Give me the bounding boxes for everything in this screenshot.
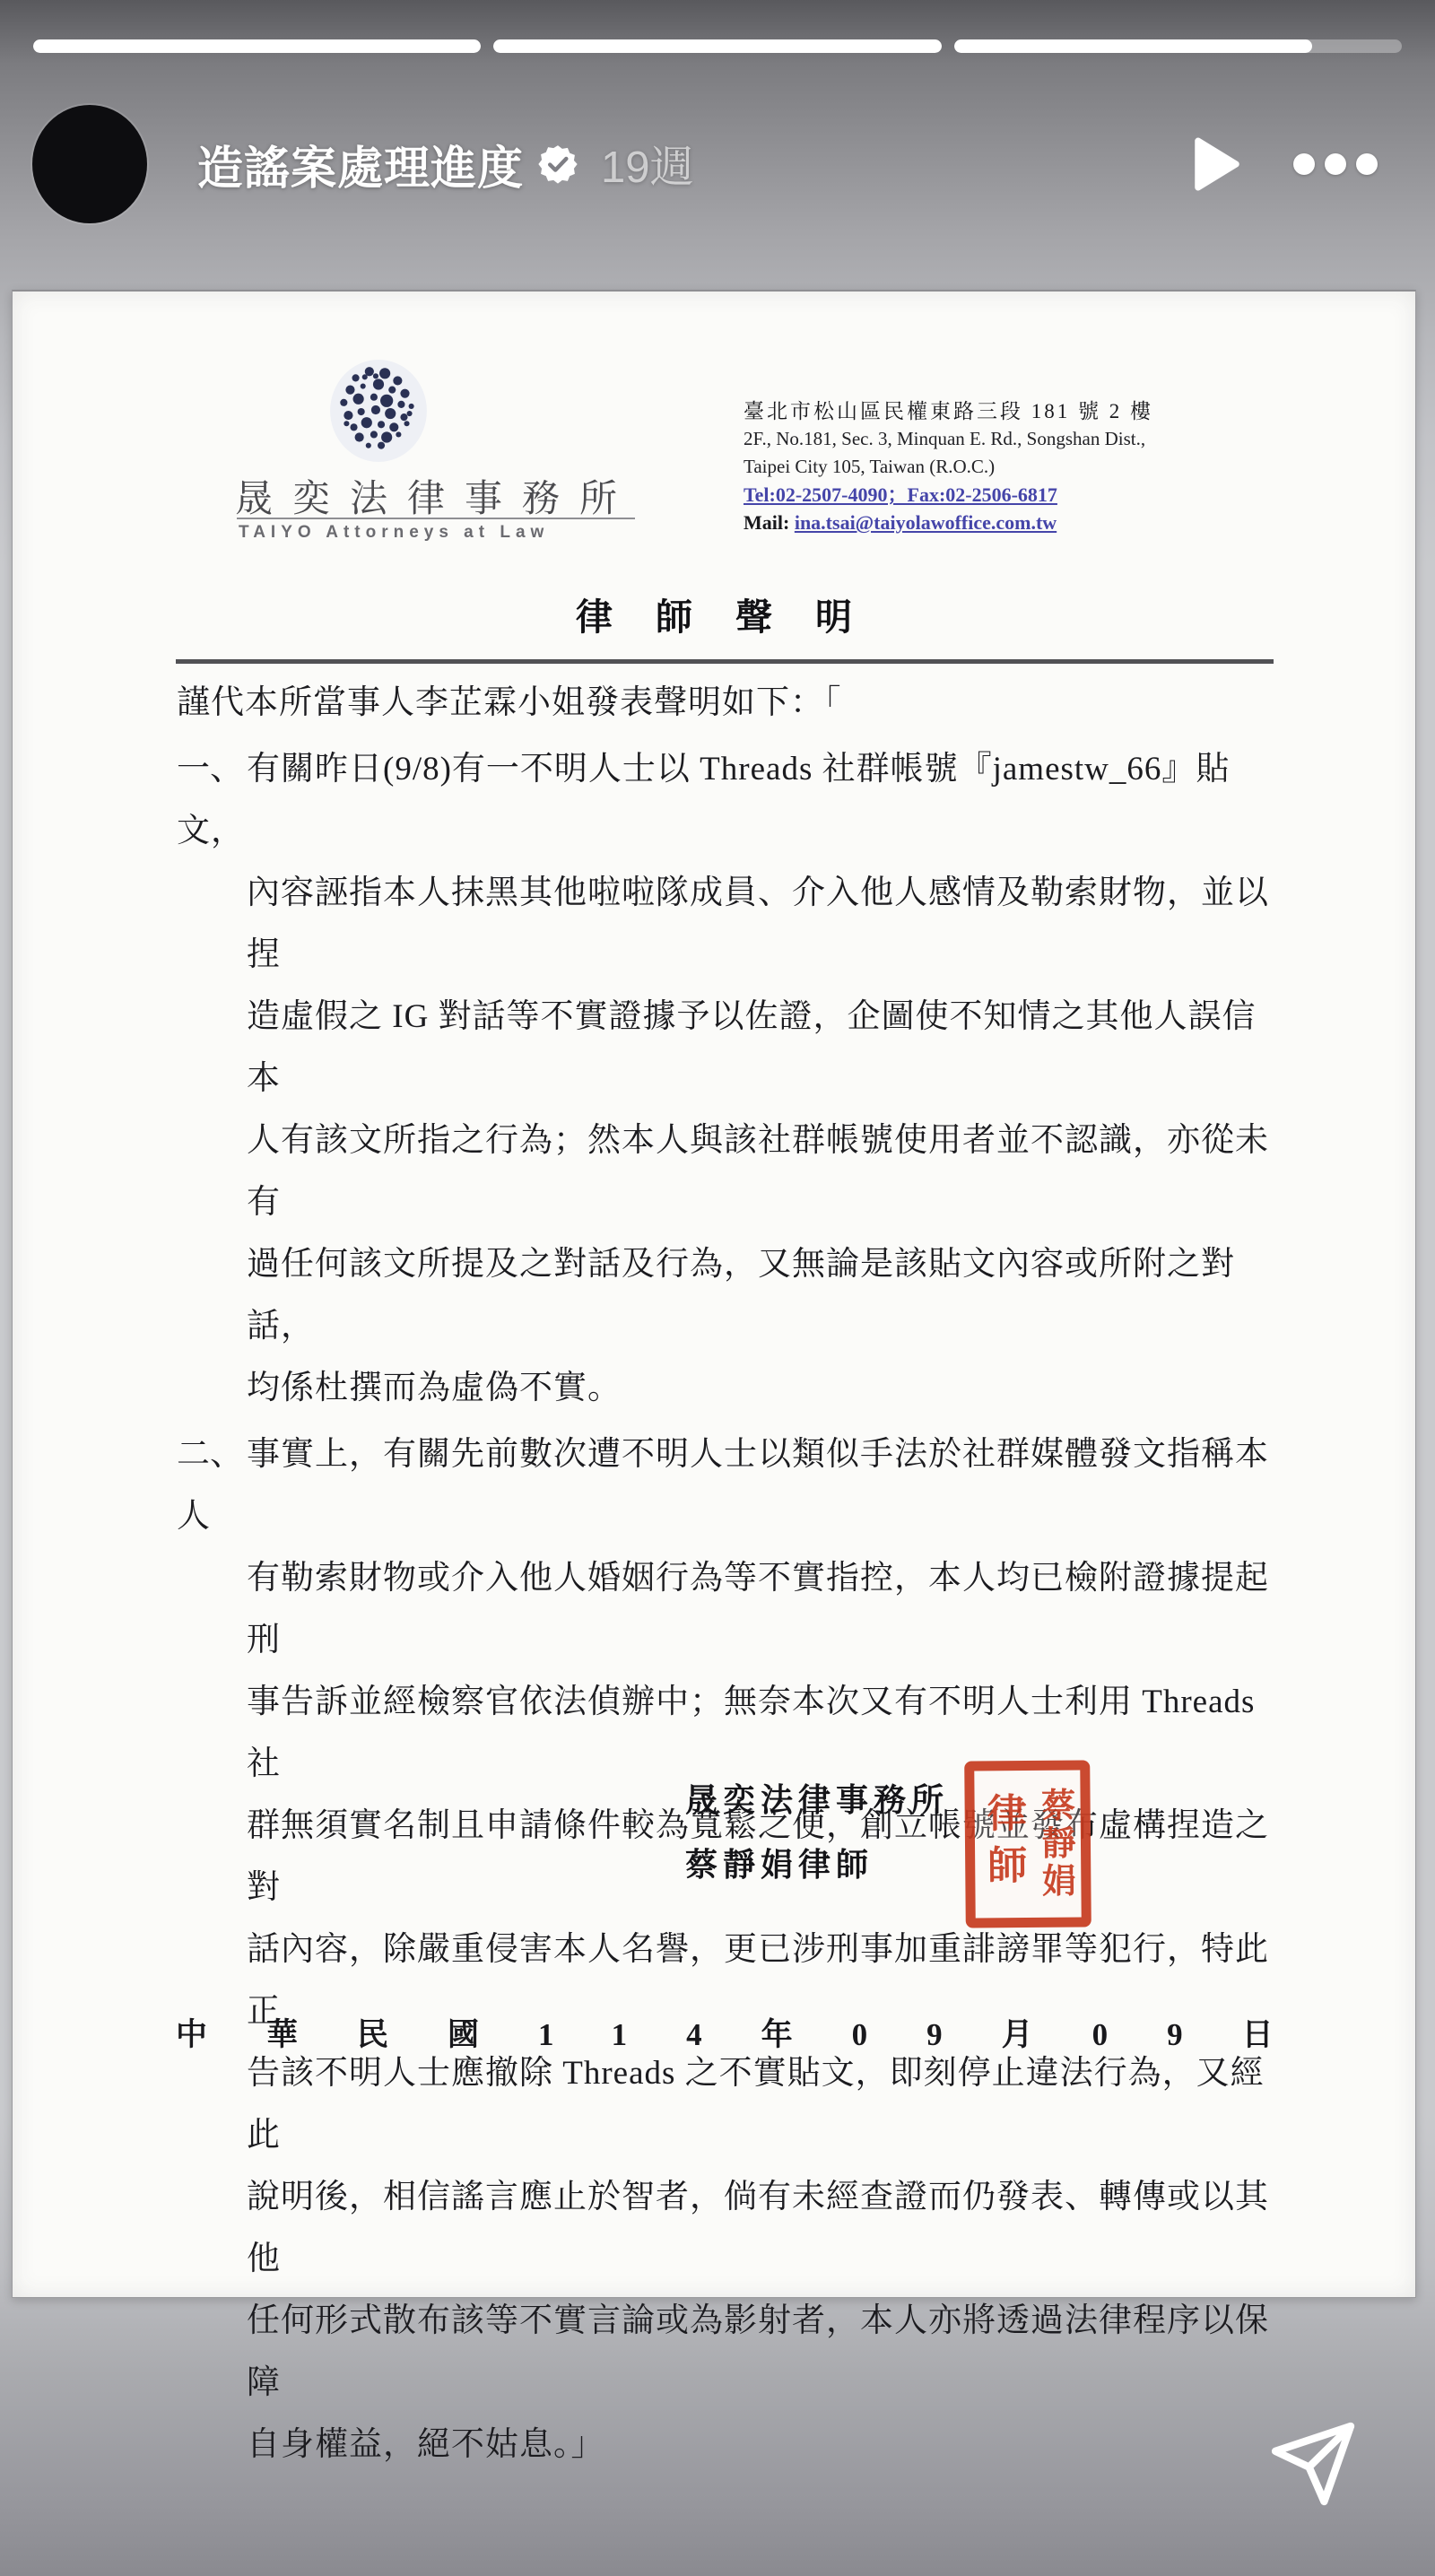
title-divider-rule [176,659,1274,664]
story-header: 造謠案處理進度 19週 [32,97,1403,231]
more-dot [1293,153,1315,175]
legal-statement-document: 晟奕法律事務所 TAIYO Attorneys at Law 臺北市松山區民權東… [12,290,1416,2298]
firm-name-english: TAIYO Attorneys at Law [239,523,549,543]
lawyer-red-seal: 蔡靜娟 律師 [964,1760,1091,1928]
more-dot [1325,153,1346,175]
firm-name-underline [237,518,635,519]
signature-block: 晟奕法律事務所 蔡靜娟律師 [685,1768,949,1897]
statement-item-2: 二、事實上，有關先前數次遭不明人士以類似手法於社群媒體發文指稱本人 有勒索財物或… [177,1423,1283,2476]
item-text: 事實上，有關先前數次遭不明人士以類似手法於社群媒體發文指稱本人 [177,1436,1269,1535]
letterhead-address-block: 臺北市松山區民權東路三段 181 號 2 樓 2F., No.181, Sec.… [744,397,1282,536]
document-title: 律師聲明 [13,587,1415,640]
item-line: 均係杜撰而為虛偽不實。 [247,1357,1283,1419]
signature-lawyer: 蔡靜娟律師 [685,1832,949,1897]
address-english-line1: 2F., No.181, Sec. 3, Minquan E. Rd., Son… [744,425,1282,453]
share-icon[interactable] [1263,2416,1363,2511]
address-english-line2: Taipei City 105, Taiwan (R.O.C.) [744,453,1282,481]
item-line: 自身權益，絕不姑息。」 [247,2414,1283,2476]
signature-firm: 晟奕法律事務所 [685,1768,949,1832]
document-date: 中華民國114年09月09日 [176,2010,1333,2055]
avatar[interactable] [32,105,147,223]
progress-segment-3[interactable] [954,39,1402,53]
address-chinese: 臺北市松山區民權東路三段 181 號 2 樓 [744,397,1282,425]
item-text: 有關昨日(9/8)有一不明人士以 Threads 社群帳號『jamestw_66… [177,751,1230,849]
progress-fill-1 [33,39,481,53]
story-progress-bar [33,39,1402,53]
play-icon[interactable] [1191,135,1243,194]
more-options-icon[interactable] [1293,153,1378,175]
more-dot [1356,153,1378,175]
progress-fill-2 [493,39,941,53]
firm-name-chinese: 晟奕法律事務所 [235,469,665,523]
mail-label: Mail: [744,511,795,534]
item-line: 一、有關昨日(9/8)有一不明人士以 Threads 社群帳號『jamestw_… [177,738,1283,862]
progress-fill-3 [954,39,1312,53]
item-line: 人有該文所指之行為；然本人與該社群帳號使用者並不認識，亦從未有 [247,1110,1283,1233]
statement-item-1: 一、有關昨日(9/8)有一不明人士以 Threads 社群帳號『jamestw_… [177,738,1283,1419]
item-line: 過任何該文所提及之對話及行為，又無論是該貼文內容或所附之對話， [247,1233,1283,1357]
seal-left-column: 律師 [982,1792,1022,1896]
item-line: 內容誣指本人抹黑其他啦啦隊成員、介入他人感情及勒索財物，並以捏 [247,862,1283,986]
item-line: 說明後，相信謠言應止於智者，倘有未經查證而仍發表、轉傳或以其他 [247,2166,1283,2290]
item-marker: 二、 [177,1423,247,1485]
item-line: 二、事實上，有關先前數次遭不明人士以類似手法於社群媒體發文指稱本人 [177,1423,1283,1547]
email-link[interactable]: ina.tsai@taiyolawoffice.com.tw [795,511,1057,534]
statement-body: 謹代本所當事人李芷霖小姐發表聲明如下：「 一、有關昨日(9/8)有一不明人士以 … [177,672,1283,2476]
verified-badge-icon [538,144,578,184]
mail-line: Mail: ina.tsai@taiyolawoffice.com.tw [744,509,1282,536]
statement-intro: 謹代本所當事人李芷霖小姐發表聲明如下：「 [177,672,1283,734]
item-line: 告該不明人士應撤除 Threads 之不實貼文，即刻停止違法行為，又經此 [247,2042,1283,2166]
telephone-fax-link[interactable]: Tel:02-2507-4090；Fax:02-2506-6817 [744,481,1282,509]
story-username[interactable]: 造謠案處理進度 [197,131,524,197]
firm-logo-globe-icon [328,358,429,464]
item-line: 任何形式散布該等不實言論或為影射者，本人亦將透過法律程序以保障 [247,2290,1283,2414]
item-line: 有勒索財物或介入他人婚姻行為等不實指控，本人均已檢附證據提起刑 [247,1547,1283,1671]
story-timestamp: 19週 [601,133,694,196]
item-marker: 一、 [177,738,247,800]
progress-segment-2[interactable] [493,39,941,53]
item-line: 造虛假之 IG 對話等不實證據予以佐證，企圖使不知情之其他人誤信本 [247,986,1283,1110]
seal-right-column: 蔡靜娟 [1038,1788,1073,1901]
progress-segment-1[interactable] [33,39,481,53]
